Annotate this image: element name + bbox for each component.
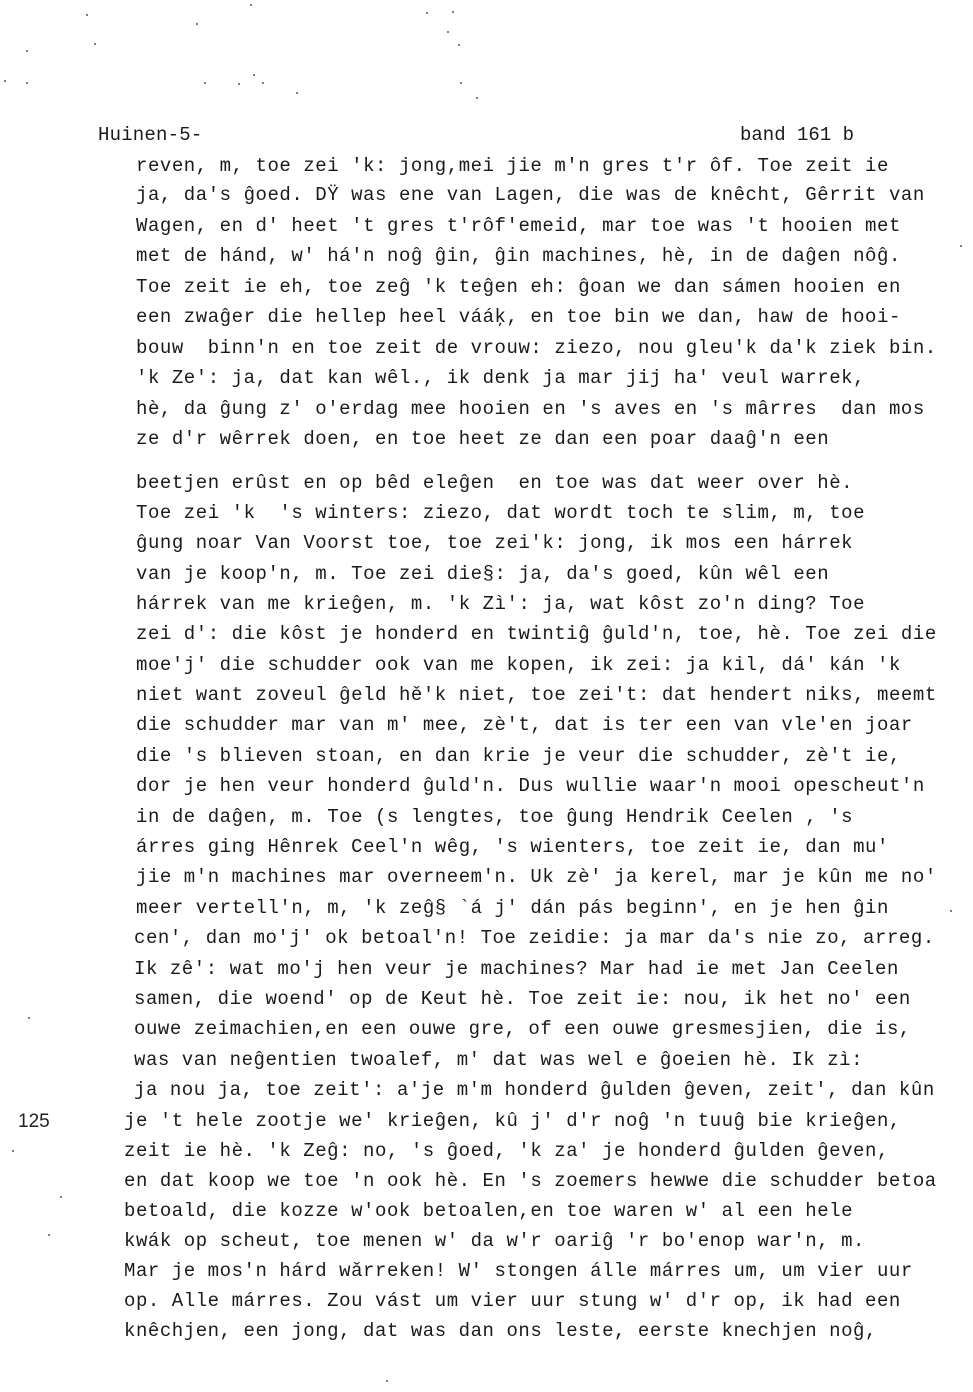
transcript-line: was van neĝentien twoalef, m' dat was we… [134, 1049, 863, 1071]
transcript-line: niet want zoveul ĝeld hě'k niet, toe zei… [136, 684, 937, 706]
scan-speck [253, 74, 255, 76]
margin-line-number: 125 [18, 1111, 50, 1133]
scan-speck [94, 43, 96, 45]
transcript-line: ze d'r wêrrek doen, en toe heet ze dan e… [136, 428, 829, 450]
scan-speck [28, 1017, 30, 1019]
transcript-line: knêchjen, een jong, dat was dan ons lest… [124, 1320, 877, 1342]
transcript-line: die 's blieven stoan, en dan krie je veu… [136, 745, 901, 767]
scan-speck [386, 1380, 388, 1382]
scan-speck [460, 82, 462, 84]
transcript-line: betoald, die kozze w'ook betoalen,en toe… [124, 1200, 853, 1222]
scan-speck [48, 1234, 50, 1236]
scan-speck [12, 1150, 14, 1152]
transcript-line: reven, m, toe zei 'k: jong,mei jie m'n g… [136, 155, 889, 177]
transcript-line: en dat koop we toe 'n ook hè. En 's zoem… [124, 1170, 937, 1192]
transcript-line: cen', dan mo'j' ok betoal'n! Toe zeidie:… [134, 927, 935, 949]
scan-speck [476, 97, 478, 99]
transcript-line: zei d': die kôst je honderd en twintiĝ ĝ… [136, 623, 937, 645]
transcript-line: samen, die woend' op de Keut hè. Toe zei… [134, 988, 911, 1010]
transcript-line: jie m'n machines mar overneem'n. Uk zè' … [136, 866, 937, 888]
scan-speck [238, 83, 240, 85]
transcript-line: Ik zê': wat mo'j hen veur je machines? M… [134, 958, 899, 980]
scan-speck [60, 1196, 62, 1198]
transcript-line: je 't hele zootje we' krieĝen, kû j' d'r… [124, 1110, 901, 1132]
scan-speck [447, 31, 449, 33]
scan-speck [250, 4, 252, 6]
transcript-line: bouw binn'n en toe zeit de vrouw: ziezo,… [136, 337, 937, 359]
transcript-line: beetjen erûst en op bêd eleĝen en toe wa… [136, 472, 853, 494]
transcript-line: een zwaĝer die hellep heel vááķ, en toe … [136, 306, 901, 328]
page-header-title: Huinen-5- [98, 124, 202, 146]
transcript-line: van je koop'n, m. Toe zei die§: ja, da's… [136, 563, 829, 585]
page-header-band: band 161 b [740, 124, 854, 146]
transcript-line: ja nou ja, toe zeit': a'je m'm honderd ĝ… [134, 1079, 935, 1101]
transcript-line: árres ging Hênrek Ceel'n wêg, 's wienter… [136, 836, 889, 858]
scan-speck [950, 910, 952, 912]
scan-speck [960, 245, 962, 247]
transcript-line: Wagen, en d' heet 't gres t'rôf'emeid, m… [136, 215, 901, 237]
scan-speck [296, 92, 298, 94]
transcript-line: hárrek van me krieĝen, m. 'k Zì': ja, wa… [136, 593, 865, 615]
transcript-line: dor je hen veur honderd ĝuld'n. Dus wull… [136, 775, 925, 797]
scan-speck [262, 82, 264, 84]
scan-speck [26, 50, 28, 52]
transcript-line: hè, da ĝung z' o'erdag mee hooien en 's … [136, 398, 925, 420]
scan-speck [196, 23, 198, 25]
transcript-line: Toe zeit ie eh, toe zeĝ 'k teĝen eh: ĝoa… [136, 276, 901, 298]
transcript-line: ĝung noar Van Voorst toe, toe zei'k: jon… [136, 532, 853, 554]
transcript-line: Mar je mos'n hárd wǎrreken! W' stongen á… [124, 1260, 913, 1282]
transcript-line: moe'j' die schudder ook van me kopen, ik… [136, 654, 901, 676]
typewritten-page: Huinen-5- band 161 b 125 reven, m, toe z… [0, 0, 973, 1392]
transcript-line: ouwe zeimachien,en een ouwe gre, of een … [134, 1018, 911, 1040]
transcript-line: in de daĝen, m. Toe (s lengtes, toe ĝung… [136, 806, 853, 828]
transcript-line: kwák op scheut, toe menen w' da w'r oari… [124, 1230, 865, 1252]
scan-speck [4, 80, 6, 82]
transcript-line: meer vertell'n, m, 'k zeĝ§ `á j' dán pás… [136, 897, 889, 919]
transcript-line: ja, da's ĝoed. DŸ was ene van Lagen, die… [136, 184, 925, 206]
transcript-line: met de hánd, w' há'n noĝ ĝin, ĝin machin… [136, 245, 901, 267]
scan-speck [452, 11, 454, 13]
transcript-line: op. Alle márres. Zou vást um vier uur st… [124, 1290, 901, 1312]
transcript-line: zeit ie hè. 'k Zeĝ: no, 's ĝoed, 'k za' … [124, 1140, 889, 1162]
scan-speck [26, 82, 28, 84]
transcript-line: Toe zei 'k 's winters: ziezo, dat wordt … [136, 502, 865, 524]
scan-speck [426, 12, 428, 14]
transcript-line: 'k Ze': ja, dat kan wêl., ik denk ja mar… [136, 367, 865, 389]
scan-speck [86, 14, 88, 16]
transcript-line: die schudder mar van m' mee, zè't, dat i… [136, 714, 913, 736]
scan-speck [204, 82, 206, 84]
scan-speck [458, 44, 460, 46]
